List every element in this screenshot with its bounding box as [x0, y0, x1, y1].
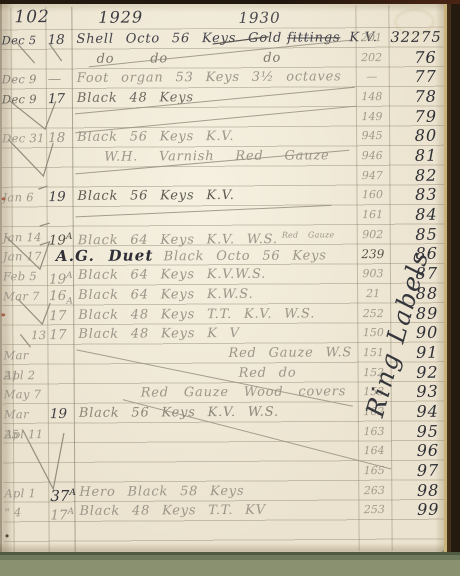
page-content: 102 1929 1930 Dec 518Shell Octo 56 Keys …: [0, 3, 449, 555]
ledger-page: 102 1929 1930 Dec 518Shell Octo 56 Keys …: [0, 4, 447, 553]
ink-speck: [2, 197, 6, 200]
book-spine-edge: [444, 0, 460, 560]
photo-frame-bottom: [0, 552, 460, 576]
ink-speck: [6, 534, 9, 537]
ink-speck: [1, 313, 5, 316]
photo-frame-top: [0, 0, 460, 4]
photo-background: { "header": { "page_number": "102", "yea…: [0, 0, 460, 576]
cancellation-marks: [0, 3, 449, 555]
